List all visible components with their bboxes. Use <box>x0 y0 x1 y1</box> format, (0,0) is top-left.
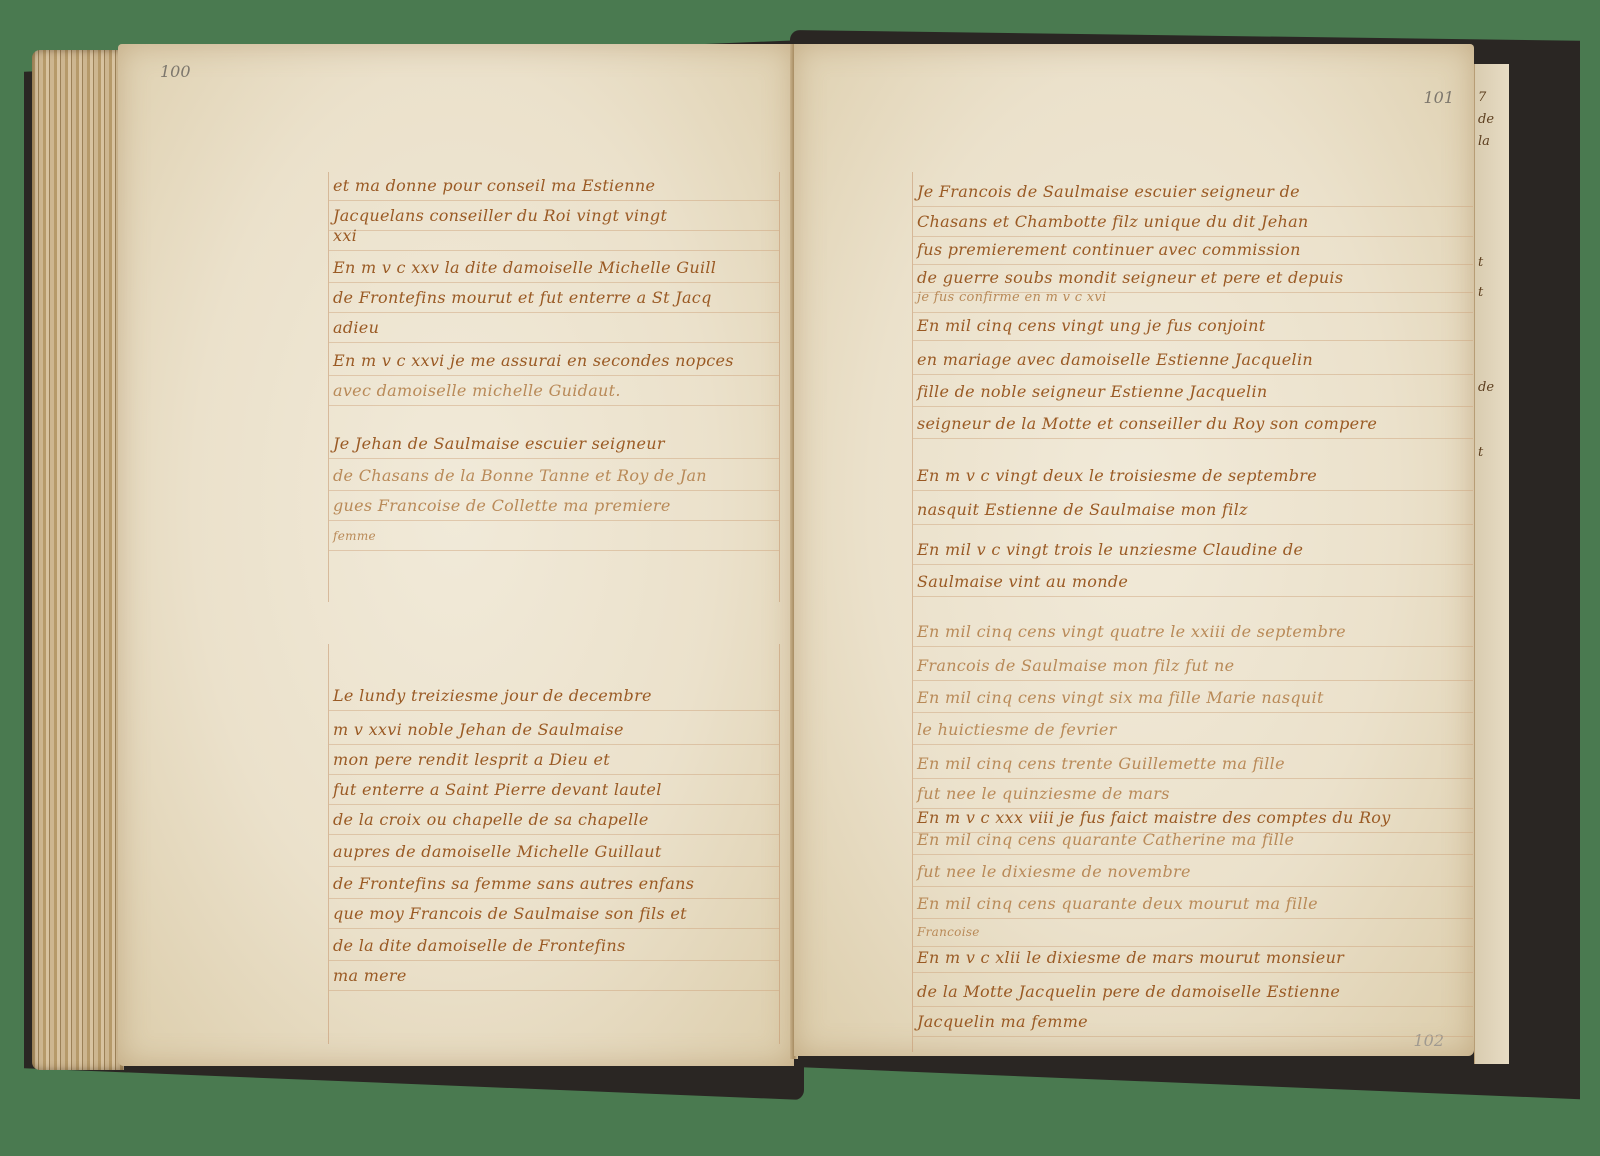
manuscript-line: nasquit Estienne de Saulmaise mon filz <box>913 496 1473 525</box>
manuscript-line: adieu <box>329 314 779 343</box>
manuscript-line: je fus confirme en m v c xvi <box>913 284 1473 313</box>
manuscript-line: En mil v c vingt trois le unziesme Claud… <box>913 536 1473 565</box>
manuscript-line: m v xxvi noble Jehan de Saulmaise <box>329 716 779 745</box>
margin-mark: la <box>1478 134 1490 149</box>
manuscript-line: En m v c xlii le dixiesme de mars mourut… <box>913 944 1473 973</box>
manuscript-line: et ma donne pour conseil ma Estienne <box>329 172 779 201</box>
margin-mark: de <box>1478 380 1494 395</box>
manuscript-line: En m v c vingt deux le troisiesme de sep… <box>913 462 1473 491</box>
manuscript-line: En m v c xxv la dite damoiselle Michelle… <box>329 254 779 283</box>
left-lower-text-block: Le lundy treiziesme jour de decembre m v… <box>328 644 780 1044</box>
margin-mark: t <box>1478 255 1483 270</box>
margin-mark: de <box>1478 112 1494 127</box>
manuscript-line: En mil cinq cens trente Guillemette ma f… <box>913 750 1473 779</box>
manuscript-line: avec damoiselle michelle Guidaut. <box>329 377 779 406</box>
margin-mark: 7 <box>1478 90 1486 105</box>
manuscript-line: de la dite damoiselle de Frontefins <box>329 932 779 961</box>
right-page: 101 102 Je Francois de Saulmaise escuier… <box>794 44 1474 1056</box>
manuscript-line: Francois de Saulmaise mon filz fut ne <box>913 652 1473 681</box>
inserted-page-strip <box>1474 64 1509 1064</box>
manuscript-line: Jacquelin ma femme <box>913 1008 1473 1037</box>
manuscript-line: de Frontefins mourut et fut enterre a St… <box>329 284 779 313</box>
manuscript-line: En mil cinq cens quarante deux mourut ma… <box>913 890 1473 919</box>
margin-mark: t <box>1478 285 1483 300</box>
manuscript-line: En m v c xxvi je me assurai en secondes … <box>329 347 779 376</box>
manuscript-line: en mariage avec damoiselle Estienne Jacq… <box>913 346 1473 375</box>
manuscript-line: de la croix ou chapelle de sa chapelle <box>329 806 779 835</box>
manuscript-line: fut enterre a Saint Pierre devant lautel <box>329 776 779 805</box>
right-folio-number: 101 <box>1423 88 1454 107</box>
manuscript-line: aupres de damoiselle Michelle Guillaut <box>329 838 779 867</box>
manuscript-line: Saulmaise vint au monde <box>913 568 1473 597</box>
manuscript-line: Chasans et Chambotte filz unique du dit … <box>913 208 1473 237</box>
manuscript-line: fut nee le dixiesme de novembre <box>913 858 1473 887</box>
manuscript-line: le huictiesme de fevrier <box>913 716 1473 745</box>
left-upper-text-block: et ma donne pour conseil ma Estienne Jac… <box>328 172 780 602</box>
manuscript-line: femme <box>329 522 779 551</box>
manuscript-line: que moy Francois de Saulmaise son fils e… <box>329 900 779 929</box>
manuscript-line: Je Francois de Saulmaise escuier seigneu… <box>913 178 1473 207</box>
manuscript-line: xxi <box>329 222 779 251</box>
manuscript-line: En mil cinq cens vingt quatre le xxiii d… <box>913 618 1473 647</box>
manuscript-line: fille de noble seigneur Estienne Jacquel… <box>913 378 1473 407</box>
manuscript-line: seigneur de la Motte et conseiller du Ro… <box>913 410 1473 439</box>
page-fore-edge <box>32 50 124 1070</box>
margin-mark: t <box>1478 445 1483 460</box>
manuscript-line: Je Jehan de Saulmaise escuier seigneur <box>329 430 779 459</box>
manuscript-line: mon pere rendit lesprit a Dieu et <box>329 746 779 775</box>
manuscript-line: En mil cinq cens quarante Catherine ma f… <box>913 826 1473 855</box>
left-page: 100 et ma donne pour conseil ma Estienne… <box>118 44 794 1066</box>
manuscript-line: Le lundy treiziesme jour de decembre <box>329 682 779 711</box>
manuscript-line: gues Francoise de Collette ma premiere <box>329 492 779 521</box>
manuscript-line: fus premierement continuer avec commissi… <box>913 236 1473 265</box>
manuscript-line: de Frontefins sa femme sans autres enfan… <box>329 870 779 899</box>
manuscript-line: de la Motte Jacquelin pere de damoiselle… <box>913 978 1473 1007</box>
manuscript-line: de Chasans de la Bonne Tanne et Roy de J… <box>329 462 779 491</box>
manuscript-line: En mil cinq cens vingt ung je fus conjoi… <box>913 312 1473 341</box>
left-folio-number: 100 <box>160 62 191 81</box>
right-text-block: Je Francois de Saulmaise escuier seigneu… <box>912 172 1473 1052</box>
manuscript-line: Francoise <box>913 918 1473 947</box>
manuscript-line: En mil cinq cens vingt six ma fille Mari… <box>913 684 1473 713</box>
manuscript-line: ma mere <box>329 962 779 991</box>
